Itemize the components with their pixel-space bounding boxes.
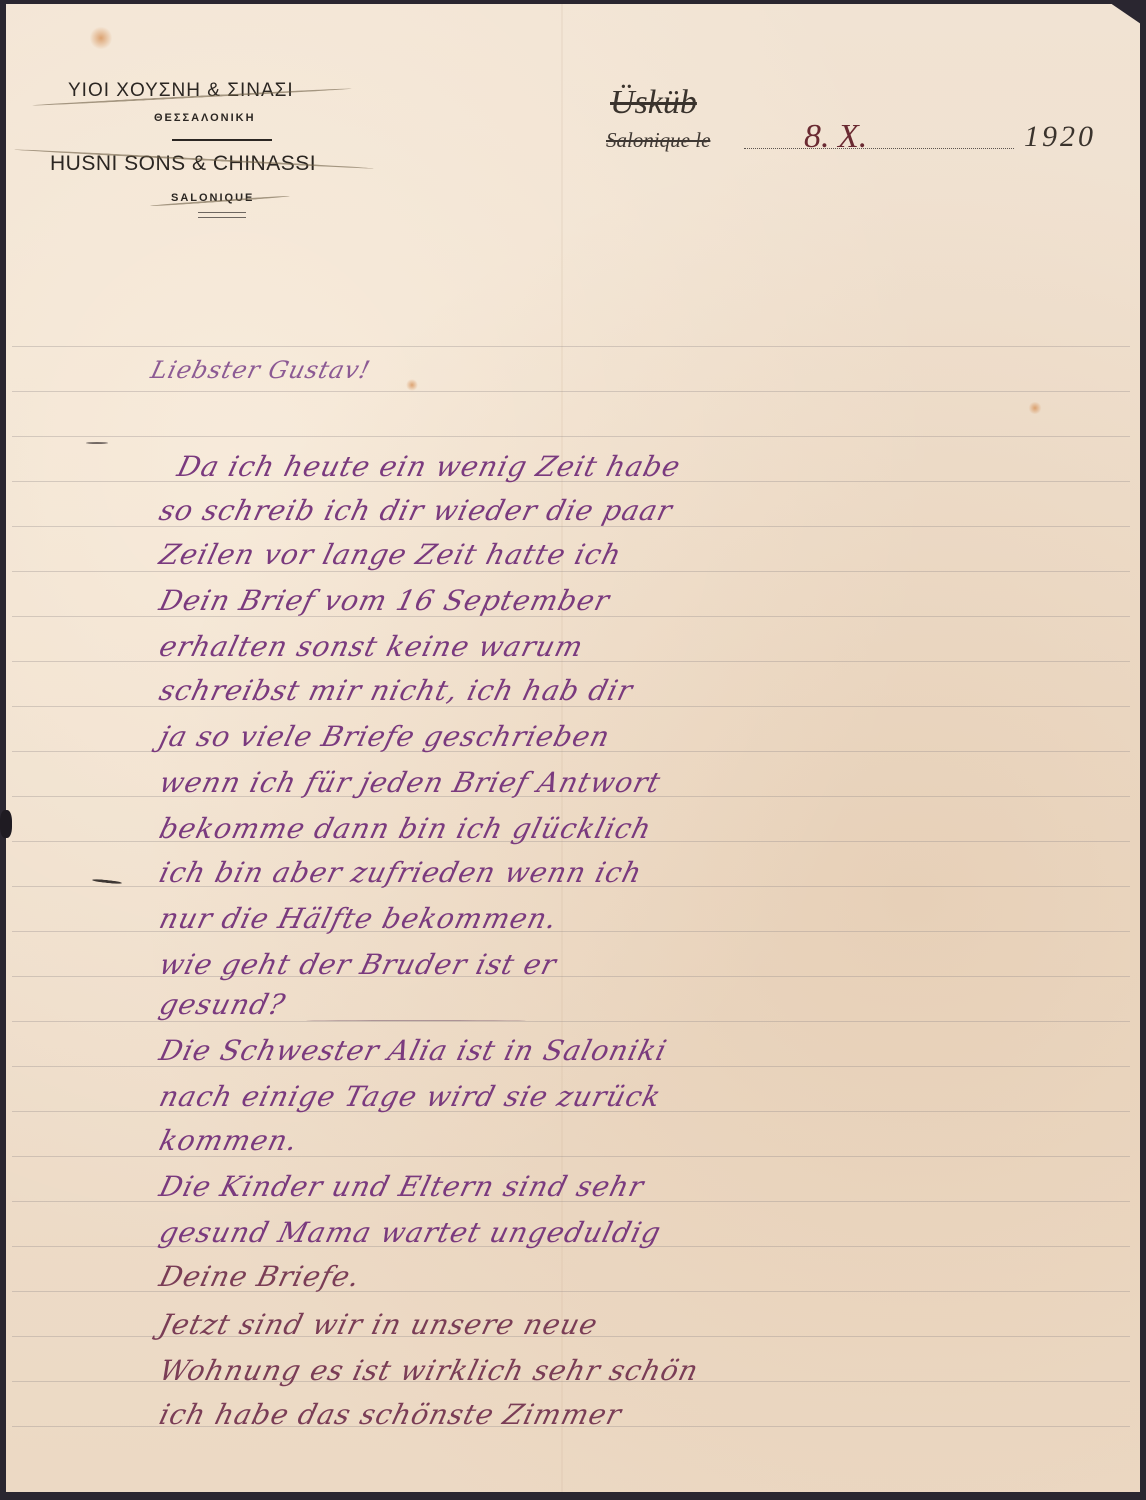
ruled-line [12, 391, 1130, 392]
letter-line: gesund? [156, 988, 289, 1021]
ruled-line [12, 436, 1130, 437]
letter-line: Da ich heute ein wenig Zeit habe [174, 450, 684, 483]
margin-mark [92, 878, 122, 884]
letter-line: Jetzt sind wir in unsere neue [156, 1308, 602, 1341]
salutation: Liebster Gustav! [148, 356, 374, 384]
letter-line: kommen. [156, 1124, 302, 1157]
letter-line: bekomme dann bin ich glücklich [156, 812, 655, 845]
stain [406, 379, 418, 391]
date-dotted-line [744, 148, 1014, 149]
stain [1028, 402, 1042, 414]
letter-line: Wohnung es ist wirklich sehr schön [156, 1354, 702, 1387]
letter-line: ich habe das schönste Zimmer [156, 1398, 625, 1431]
date-day: 8. X. [804, 118, 867, 156]
letter-line: Dein Brief vom 16 September [156, 584, 613, 617]
letterhead-divider [172, 139, 272, 141]
letter-line: erhalten sonst keine warum [156, 630, 587, 663]
ink-flourish [306, 1020, 526, 1021]
ruled-line [12, 346, 1130, 347]
letterhead-greek-city: ΘΕΣΣΑΛΟΝΙΚΗ [154, 112, 256, 124]
struck-annotation: Üsküb [610, 84, 697, 122]
letter-line: ich bin aber zufrieden wenn ich [156, 856, 646, 889]
letter-line: ja so viele Briefe geschrieben [156, 720, 614, 753]
paper-tear [0, 810, 12, 838]
date-line: Üsküb Salonique le 8. X. 1920 [604, 84, 1124, 174]
date-year: 1920 [1024, 120, 1096, 154]
letter-line: nur die Hälfte bekommen. [156, 902, 561, 935]
margin-mark [86, 442, 108, 444]
letter-line: nach einige Tage wird sie zurück [156, 1080, 665, 1113]
letter-line: Die Schwester Alia ist in Saloniki [156, 1034, 671, 1067]
letterhead-double-rule [198, 212, 246, 218]
letter-line: wie geht der Bruder ist er [156, 948, 560, 981]
letter-line: Die Kinder und Eltern sind sehr [156, 1170, 648, 1203]
letter-line: so schreib ich dir wieder die paar [156, 494, 676, 527]
ruled-line [12, 1021, 1130, 1022]
letter-paper: ΥΙΟΙ ΧΟΥΣΝΗ & ΣΙΝΑΣΙ ΘΕΣΣΑΛΟΝΙΚΗ HUSNI S… [6, 4, 1140, 1492]
letter-line: wenn ich für jeden Brief Antwort [156, 766, 664, 799]
letterhead-greek-name: ΥΙΟΙ ΧΟΥΣΝΗ & ΣΙΝΑΣΙ [68, 80, 294, 102]
letter-line: Deine Briefe. [156, 1260, 364, 1293]
letter-line: schreibst mir nicht, ich hab dir [156, 674, 637, 707]
ruled-line [12, 571, 1130, 572]
stain [90, 26, 112, 50]
letter-line: gesund Mama wartet ungeduldig [156, 1216, 665, 1249]
date-place: Salonique le [606, 128, 710, 153]
letter-line: Zeilen vor lange Zeit hatte ich [156, 538, 625, 571]
